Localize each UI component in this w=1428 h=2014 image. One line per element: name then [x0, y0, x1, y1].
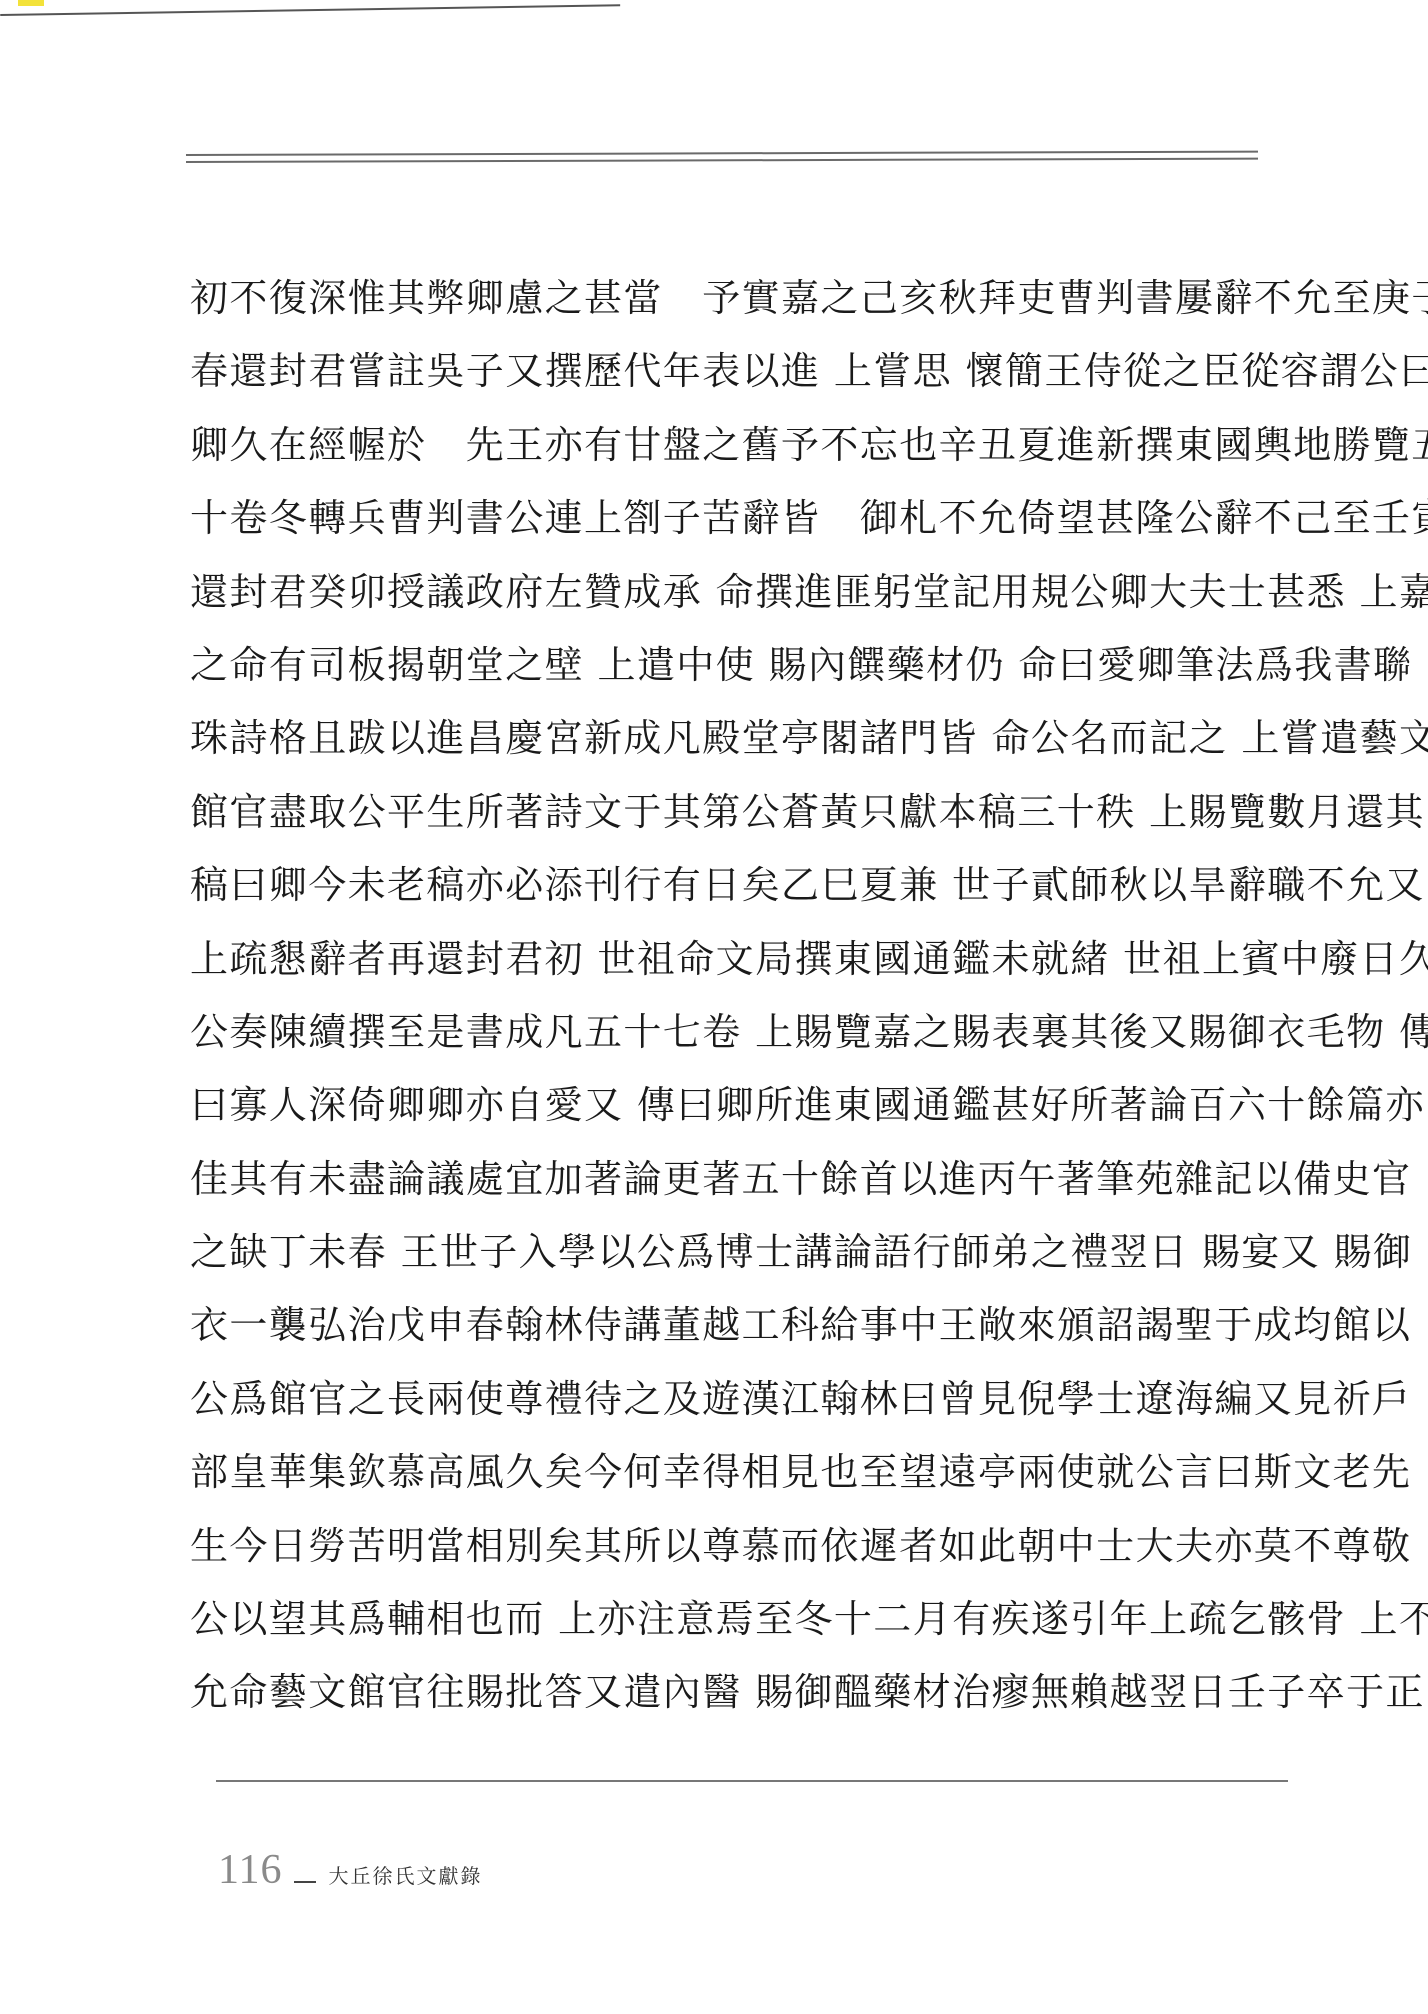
- text-line: 館官盡取公平生所著詩文于其第公蒼黃只獻本稿三十秩 上賜覽數月還其: [190, 776, 1300, 849]
- text-line: 公奏陳續撰至是書成凡五十七卷 上賜覽嘉之賜表裏其後又賜御衣毛物 傳: [190, 996, 1300, 1069]
- book-title: 大丘徐氏文獻錄: [328, 1860, 482, 1889]
- text-line: 初不復深惟其弊卿慮之甚當 予實嘉之己亥秋拜吏曹判書屢辭不允至庚子: [190, 262, 1300, 335]
- page-footer: 116 大丘徐氏文獻錄: [218, 1846, 482, 1894]
- text-line: 公以望其爲輔相也而 上亦注意焉至冬十二月有疾遂引年上疏乞骸骨 上不: [190, 1583, 1300, 1656]
- footer-separator: [294, 1881, 316, 1883]
- text-line: 生今日勞苦明當相別矣其所以尊慕而依遲者如此朝中士大夫亦莫不尊敬: [190, 1510, 1300, 1583]
- text-line: 佳其有未盡論議處宜加著論更著五十餘首以進丙午著筆苑雜記以備史官: [190, 1143, 1300, 1216]
- text-line: 珠詩格且跋以進昌慶宮新成凡殿堂亭閣諸門皆 命公名而記之 上嘗遣藝文: [190, 702, 1300, 775]
- footer-rule: [216, 1780, 1288, 1782]
- text-line: 春還封君嘗註吳子又撰歷代年表以進 上嘗思 懷簡王侍從之臣從容謂公曰: [190, 335, 1300, 408]
- page-number: 116: [218, 1846, 282, 1894]
- text-line: 十卷冬轉兵曹判書公連上劄子苦辭皆 御札不允倚望甚隆公辭不己至壬寅: [190, 482, 1300, 555]
- text-line: 部皇華集欽慕高風久矣今何幸得相見也至望遠亭兩使就公言曰斯文老先: [190, 1436, 1300, 1509]
- text-line: 稿曰卿今未老稿亦必添刊行有日矣乙巳夏兼 世子貳師秋以旱辭職不允又: [190, 849, 1300, 922]
- text-line: 衣一襲弘治戊申春翰林侍講董越工科給事中王敞來頒詔謁聖于成均館以: [190, 1289, 1300, 1362]
- text-line: 還封君癸卯授議政府左贊成承 命撰進匪躬堂記用規公卿大夫士甚悉 上嘉: [190, 556, 1300, 629]
- header-double-rule: [186, 151, 1258, 163]
- text-line: 之命有司板揭朝堂之壁 上遣中使 賜內饌藥材仍 命曰愛卿筆法爲我書聯: [190, 629, 1300, 702]
- scan-edge-line: [0, 0, 620, 16]
- text-line: 公爲館官之長兩使尊禮待之及遊漢江翰林曰曾見倪學士遼海編又見祈戶: [190, 1363, 1300, 1436]
- text-line: 卿久在經幄於 先王亦有甘盤之舊予不忘也辛丑夏進新撰東國輿地勝覽五: [190, 409, 1300, 482]
- document-body: 初不復深惟其弊卿慮之甚當 予實嘉之己亥秋拜吏曹判書屢辭不允至庚子 春還封君嘗註吳…: [190, 262, 1300, 1730]
- text-line: 之缺丁未春 王世子入學以公爲博士講論語行師弟之禮翌日 賜宴又 賜御: [190, 1216, 1300, 1289]
- text-line: 上疏懇辭者再還封君初 世祖命文局撰東國通鑑未就緒 世祖上賓中廢日久: [190, 923, 1300, 996]
- scan-marker-tab: [18, 0, 44, 6]
- text-line: 允命藝文館官往賜批答又遣內醫 賜御醞藥材治瘳無賴越翌日壬子卒于正: [190, 1656, 1300, 1729]
- text-line: 曰寡人深倚卿卿亦自愛又 傳曰卿所進東國通鑑甚好所著論百六十餘篇亦: [190, 1069, 1300, 1142]
